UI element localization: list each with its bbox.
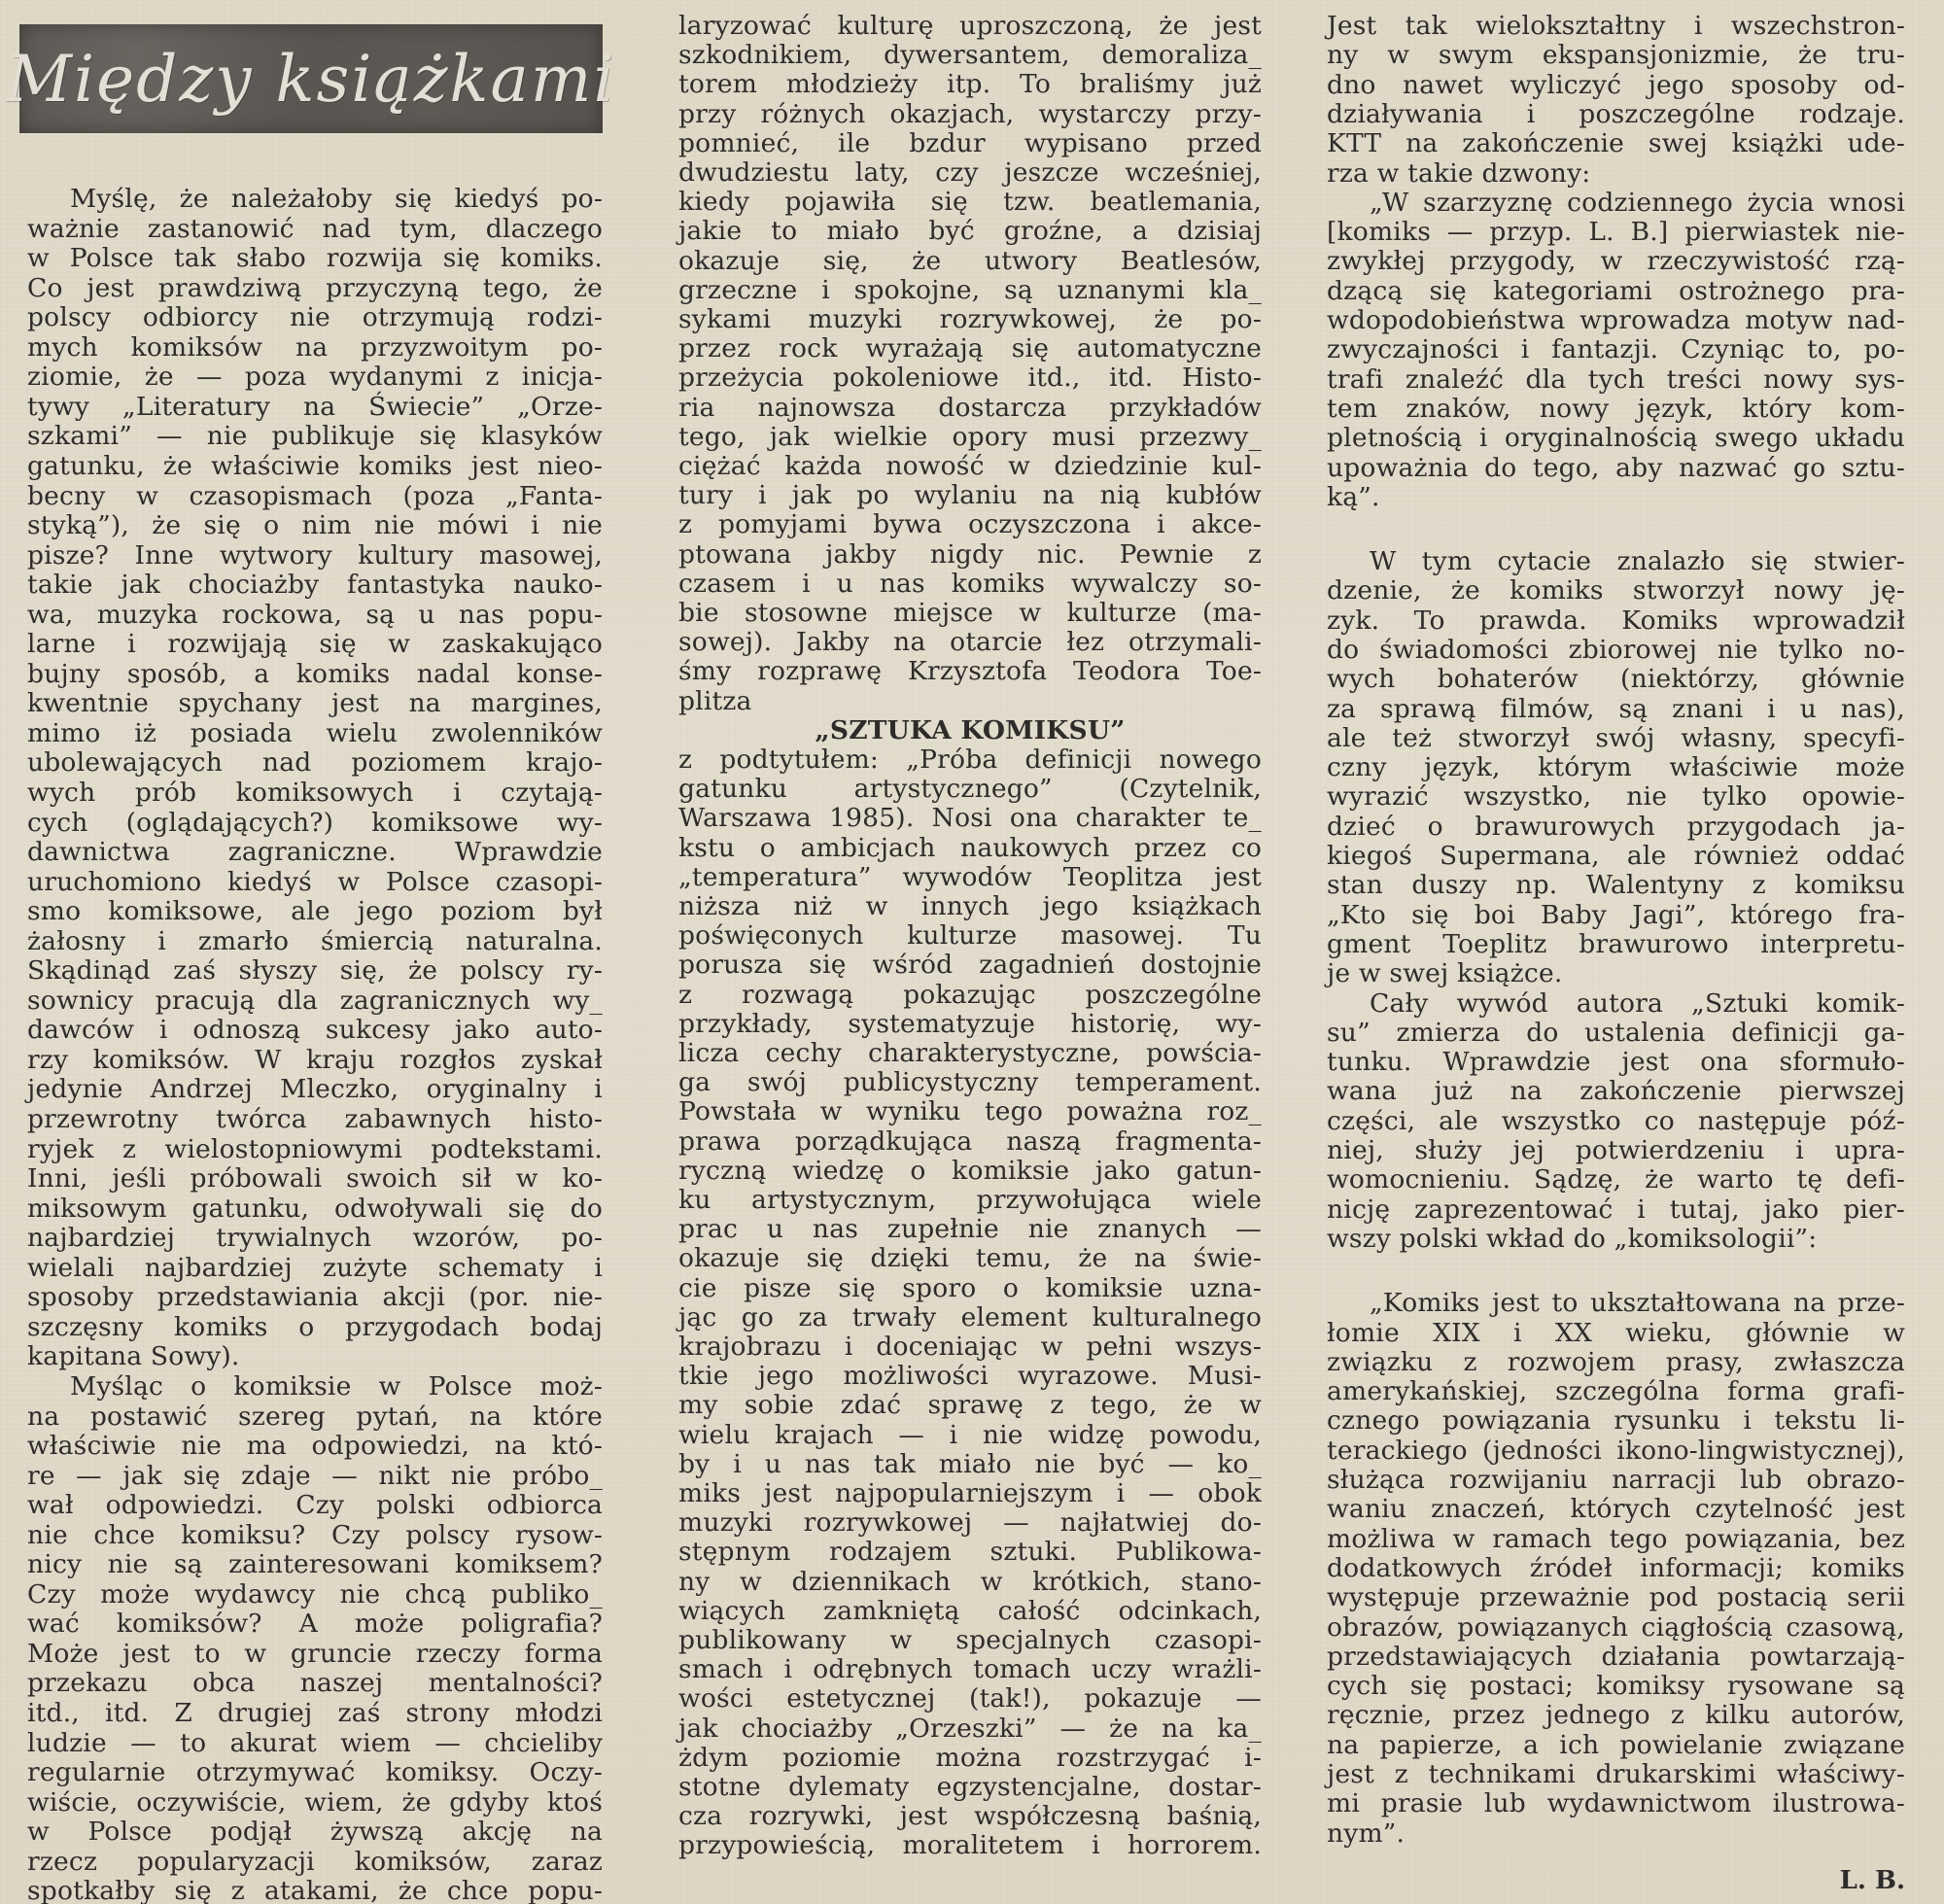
- article-text-line: rza w takie dzwony:: [1327, 159, 1905, 189]
- article-text-line: Może jest to w gruncie rzeczy forma: [27, 1640, 603, 1669]
- article-text-line: polscy odbiorcy nie otrzymują rodzi-: [27, 303, 603, 332]
- article-text-line: wiście, oczywiście, wiem, że gdyby ktoś: [27, 1788, 603, 1817]
- article-text-line: szkami” — nie publikuje się klasyków: [27, 422, 603, 451]
- article-text-line: uruchomiono kiedyś w Polsce czasopi-: [27, 868, 603, 897]
- article-text-line: Cały wywód autora „Sztuki komik-: [1327, 989, 1905, 1019]
- article-text-line: spotkałby się z atakami, że chce popu-: [27, 1877, 603, 1904]
- article-text-line: zyk. To prawda. Komiks wprowadził: [1327, 606, 1905, 636]
- article-text-line: tem znaków, nowy język, który kom-: [1327, 395, 1905, 424]
- article-text-line: sowej). Jakby na otarcie łez otrzymali-: [678, 628, 1262, 657]
- article-text-line: re — jak się zdaje — nikt nie próbo_: [27, 1462, 603, 1491]
- article-text-line: itd., itd. Z drugiej zaś strony młodzi: [27, 1699, 603, 1728]
- article-text-line: wać komiksów? A może poligrafia?: [27, 1610, 603, 1639]
- article-text-line: cych się postaci; komiksy rysowane są: [1327, 1672, 1905, 1701]
- article-text-line: Inni, jeśli próbowali swoich sił w ko-: [27, 1164, 603, 1194]
- article-text-line: wych bohaterów (niektórzy, głównie: [1327, 665, 1905, 694]
- article-text-line: nicję zaprezentować i tutaj, jako pier-: [1327, 1195, 1905, 1225]
- article-text-line: nicy nie są zainteresowani komiksem?: [27, 1550, 603, 1579]
- article-text-line: styką”), że się o nim nie mówi i nie: [27, 511, 603, 540]
- article-text-line: W tym cytacie znalazło się stwier-: [1327, 547, 1905, 576]
- article-text-line: trafi znaleźć dla tych treści nowy sys-: [1327, 365, 1905, 395]
- article-text-line: larne i rozwijają się w zaskakująco: [27, 630, 603, 659]
- article-text-line: Czy może wydawcy nie chcą publiko_: [27, 1580, 603, 1610]
- article-text-line: dno nawet wyliczyć jego sposoby od-: [1327, 71, 1905, 100]
- article-text-line: występuje przeważnie pod postacią serii: [1327, 1583, 1905, 1612]
- article-text-line: wana już na zakończenie pierwszej: [1327, 1077, 1905, 1106]
- article-text-line: ubolewających nad poziomem krajo-: [27, 748, 603, 778]
- article-text-line: stępnym rodzajem sztuki. Publikowa-: [678, 1538, 1262, 1567]
- article-text-line: wał odpowiedzi. Czy polski odbiorca: [27, 1491, 603, 1520]
- subheading-book-title: „SZTUKA KOMIKSU”: [678, 716, 1262, 745]
- article-text-line: dodatkowych źródeł informacji; komiks: [1327, 1554, 1905, 1583]
- article-text-line: miksowym gatunku, odwoływali się do: [27, 1194, 603, 1224]
- article-text-line: dawców i odnoszą sukcesy jako auto-: [27, 1016, 603, 1045]
- article-text-line: su” zmierza do ustalenia definicji ga-: [1327, 1019, 1905, 1048]
- article-text-line: becny w czasopismach (poza „Fanta-: [27, 482, 603, 511]
- article-text-line: „temperatura” wywodów Teoplitza jest: [678, 863, 1262, 892]
- article-text-line: przeżycia pokoleniowe itd., itd. Histo-: [678, 363, 1262, 393]
- article-text-line: my sobie zdać sprawę z tego, że w: [678, 1391, 1262, 1420]
- article-text-line: jest z technikami drukarskimi właściwy-: [1327, 1760, 1905, 1789]
- article-text-line: jąc go za trwały element kulturalnego: [678, 1303, 1262, 1333]
- article-text-line: dzenie, że komiks stworzył nowy ję-: [1327, 576, 1905, 606]
- article-text-line: nym”.: [1327, 1819, 1905, 1849]
- article-text-line: mi prasie lub wydawnictwom ilustrowa-: [1327, 1789, 1905, 1818]
- article-text-line: na postawić szereg pytań, na które: [27, 1402, 603, 1432]
- article-text-line: w Polsce tak słabo rozwija się komiks.: [27, 244, 603, 273]
- article-text-line: tury i jak po wylaniu na nią kubłów: [678, 481, 1262, 510]
- article-text-line: dwudziestu laty, czy jeszcze wcześniej,: [678, 158, 1262, 188]
- article-text-line: „W szarzyznę codziennego życia wnosi: [1327, 189, 1905, 218]
- article-text-line: jakie to miało być groźne, a dzisiaj: [678, 217, 1262, 246]
- article-text-line: cych (oglądających?) komiksowe wy-: [27, 809, 603, 838]
- article-text-line: niższa niż w innych jego książkach: [678, 892, 1262, 921]
- article-text-line: ręcznie, przez jednego z kilku autorów,: [1327, 1701, 1905, 1730]
- article-text-line: Jest tak wielokształtny i wszechstron-: [1327, 12, 1905, 41]
- article-text-line: wości estetycznej (tak!), pokazuje —: [678, 1684, 1262, 1714]
- article-text-line: ką”.: [1327, 483, 1905, 512]
- article-text-line: wielali najbardziej zużyte schematy i: [27, 1254, 603, 1283]
- article-text-line: Myśląc o komiksie w Polsce moż-: [27, 1372, 603, 1402]
- article-text-line: torem młodzieży itp. To braliśmy już: [678, 70, 1262, 99]
- article-text-line: sposoby przedstawiania akcji (por. nie-: [27, 1283, 603, 1312]
- article-text-line: bie stosowne miejsce w kulturze (ma-: [678, 599, 1262, 628]
- article-text-line: dzieć o brawurowych przygodach ja-: [1327, 813, 1905, 842]
- article-text-line: stan duszy np. Walentyny z komiksu: [1327, 871, 1905, 900]
- article-text-line: wdopodobieństwa wprowadza motyw nad-: [1327, 306, 1905, 335]
- article-text-line: przekazu obca naszej mentalności?: [27, 1669, 603, 1698]
- section-title: Między książkami: [6, 42, 615, 117]
- article-text-line: amerykańskiej, szczególna forma grafi-: [1327, 1377, 1905, 1406]
- article-text-line: przy różnych okazjach, wystarczy przy-: [678, 100, 1262, 129]
- article-text-line: „Komiks jest to ukształtowana na prze-: [1327, 1289, 1905, 1318]
- article-text-line: kstu o ambicjach naukowych przez co: [678, 834, 1262, 863]
- article-text-line: obrazów, powiązanych ciągłością czasową,: [1327, 1613, 1905, 1643]
- article-text-line: tkie jego możliwości wyrazowe. Musi-: [678, 1362, 1262, 1391]
- article-text-line: KTT na zakończenie swej książki ude-: [1327, 129, 1905, 158]
- article-text-line: rzy komiksów. W kraju rozgłos zyskał: [27, 1046, 603, 1075]
- article-text-line: wa, muzyka rockowa, są u nas popu-: [27, 601, 603, 630]
- article-text-line: smo komiksowe, ale jego poziom był: [27, 897, 603, 926]
- article-text-line: najbardziej trywialnych wzorów, po-: [27, 1224, 603, 1253]
- article-text-line: kiedy pojawiła się tzw. beatlemania,: [678, 188, 1262, 217]
- article-text-line: możliwa w ramach tego powiązania, bez: [1327, 1525, 1905, 1554]
- article-text-line: muzyki rozrywkowej — najłatwiej do-: [678, 1508, 1262, 1538]
- article-text-line: ryczną wiedzę o komiksie jako gatun-: [678, 1157, 1262, 1186]
- article-text-line: z podtytułem: „Próba definicji nowego: [678, 745, 1262, 775]
- article-text-line: kiegoś Supermana, ale również oddać: [1327, 842, 1905, 871]
- article-text-line: jedynie Andrzej Mleczko, oryginalny i: [27, 1075, 603, 1104]
- article-text-line: przykłady, systematyzuje historię, wy-: [678, 1010, 1262, 1039]
- article-text-line: Skądinąd zaś słyszy się, że polscy ry-: [27, 956, 603, 986]
- article-text-line: wych prób komiksowych i czytają-: [27, 779, 603, 808]
- article-text-line: na papierze, a ich powielanie związane: [1327, 1731, 1905, 1760]
- article-text-line: ny w swym ekspansjonizmie, że tru-: [1327, 41, 1905, 70]
- article-text-line: cza rozrywki, jest współczesną baśnią,: [678, 1802, 1262, 1831]
- article-text-line: terackiego (jedności ikono-lingwistyczne…: [1327, 1437, 1905, 1466]
- article-text-line: grzeczne i spokojne, są uznanymi kla_: [678, 276, 1262, 305]
- article-text-line: gatunku, że właściwie komiks jest nieo-: [27, 452, 603, 481]
- article-text-line: łomie XIX i XX wieku, głównie w: [1327, 1319, 1905, 1348]
- article-text-line: tunku. Wprawdzie jest ona sformuło-: [1327, 1048, 1905, 1077]
- article-text-line: ptowana jakby nigdy nic. Pewnie z: [678, 540, 1262, 570]
- article-text-line: przypowieścią, moralitetem i horrorem.: [678, 1831, 1262, 1860]
- article-text-line: by i u nas tak miało nie być — ko_: [678, 1450, 1262, 1479]
- article-text-line: poświęconych kulturze masowej. Tu: [678, 921, 1262, 951]
- article-text-line: nie chce komiksu? Czy polscy rysow-: [27, 1521, 603, 1550]
- article-text-line: z rozwagą pokazując poszczególne: [678, 981, 1262, 1010]
- article-text-line: okazuje się, że utwory Beatlesów,: [678, 247, 1262, 276]
- article-text-line: Myślę, że należałoby się kiedyś po-: [27, 185, 603, 214]
- article-text-line: z pomyjami bywa oczyszczona i akce-: [678, 510, 1262, 539]
- article-text-line: dzącą się kategoriami ostrożnego pra-: [1327, 277, 1905, 306]
- article-text-line: „Kto się boi Baby Jagi”, którego fra-: [1327, 901, 1905, 930]
- article-text-line: niej, służy jej potwierdzeniu i upra-: [1327, 1136, 1905, 1165]
- article-text-line: żdym poziomie można rozstrzygać i-: [678, 1744, 1262, 1773]
- article-text-line: publikowany w specjalnych czasopi-: [678, 1626, 1262, 1655]
- article-text-line: upoważnia do tego, aby nazwać go sztu-: [1327, 454, 1905, 483]
- article-text-line: za sprawą filmów, są znani i u nas),: [1327, 695, 1905, 724]
- article-text-line: związku z rozwojem prasy, zwłaszcza: [1327, 1348, 1905, 1377]
- author-signature: L. B.: [1840, 1866, 1905, 1895]
- article-text-line: sownicy pracują dla zagranicznych wy_: [27, 987, 603, 1016]
- article-text-line: części, ale wszystko co następuje póź-: [1327, 1107, 1905, 1136]
- article-text-line: stotne dylematy egzystencjalne, dostar-: [678, 1773, 1262, 1802]
- article-text-line: Warszawa 1985). Nosi ona charakter te_: [678, 804, 1262, 833]
- article-text-line: takie jak chociażby fantastyka nauko-: [27, 571, 603, 600]
- article-text-line: czasem i u nas komiks wywalczy so-: [678, 570, 1262, 599]
- article-text-line: ludzie — to akurat wiem — chcieliby: [27, 1729, 603, 1758]
- article-text-line: mimo iż posiada wielu zwolenników: [27, 719, 603, 748]
- article-text-line: ważnie zastanowić nad tym, dlaczego: [27, 215, 603, 244]
- article-text-line: śmy rozprawę Krzysztofa Teodora Toe-: [678, 657, 1262, 686]
- article-text-line: pletnością i oryginalnością swego układu: [1327, 424, 1905, 453]
- article-text-line: żałosny i zmarło śmiercią naturalna.: [27, 927, 603, 956]
- article-text-line: jak chociażby „Orzeszki” — że na ka_: [678, 1714, 1262, 1744]
- article-text-line: wielu krajach — i nie widzę powodu,: [678, 1421, 1262, 1450]
- article-text-line: ziomie, że — poza wydanymi z inicja-: [27, 363, 603, 392]
- article-text-line: zwyczajności i fantazji. Czyniąc to, po-: [1327, 335, 1905, 364]
- article-text-line: bujny sposób, a komiks nadal konse-: [27, 660, 603, 689]
- article-text-line: wszy polski wkład do „komiksologii”:: [1327, 1225, 1905, 1254]
- article-text-line: wyrazić wszystko, nie tylko opowie-: [1327, 782, 1905, 812]
- article-text-line: czny język, którym właściwie może: [1327, 753, 1905, 782]
- article-text-line: rzecz popularyzacji komiksów, zaraz: [27, 1848, 603, 1877]
- article-text-line: działywania i poszczególne rodzaje.: [1327, 100, 1905, 129]
- section-masthead: Między książkami: [19, 24, 603, 133]
- article-text-line: regularnie otrzymywać komiksy. Oczy-: [27, 1758, 603, 1787]
- article-text-line: ale też stworzył swój własny, specyfi-: [1327, 724, 1905, 753]
- article-text-line: laryzować kulturę uproszczoną, że jest: [678, 12, 1262, 41]
- article-text-line: cznego powiązania rysunku i tekstu li-: [1327, 1406, 1905, 1436]
- article-text-line: pomnieć, ile bzdur wypisano przed: [678, 129, 1262, 158]
- article-text-line: gatunku artystycznego” (Czytelnik,: [678, 775, 1262, 804]
- article-text-line: cie pisze się sporo o komiksie uzna-: [678, 1274, 1262, 1303]
- article-text-line: prawa porządkująca naszą fragmenta-: [678, 1127, 1262, 1157]
- article-text-line: krajobrazu i doceniając w pełni wszys-: [678, 1333, 1262, 1362]
- article-text-line: ciężać każda nowość w dziedzinie kul-: [678, 452, 1262, 481]
- article-text-line: szkodnikiem, dywersantem, demoraliza_: [678, 41, 1262, 70]
- article-text-line: zwykłej przygody, w rzeczywistość rzą-: [1327, 247, 1905, 276]
- article-text-line: okazuje się dzięki temu, że na świe-: [678, 1244, 1262, 1273]
- article-text-line: prac u nas zupełnie nie znanych —: [678, 1215, 1262, 1244]
- article-text-line: przez rock wyrażają się automatyczne: [678, 334, 1262, 363]
- article-text-line: waniu znaczeń, których czytelność jest: [1327, 1495, 1905, 1524]
- article-text-line: służąca rozwijaniu narracji lub obrazo-: [1327, 1466, 1905, 1495]
- article-text-line: ria najnowsza dostarcza przykładów: [678, 394, 1262, 423]
- article-text-line: miks jest najpopularniejszym i — obok: [678, 1479, 1262, 1508]
- article-text-line: ryjek z wielostopniowymi podtekstami.: [27, 1135, 603, 1164]
- article-text-line: kapitana Sowy).: [27, 1342, 603, 1371]
- article-text-line: Co jest prawdziwą przyczyną tego, że: [27, 274, 603, 303]
- article-text-line: przewrotny twórca zabawnych histo-: [27, 1105, 603, 1134]
- article-text-line: sykami muzyki rozrywkowej, że po-: [678, 305, 1262, 334]
- article-text-line: pisze? Inne wytwory kultury masowej,: [27, 541, 603, 571]
- article-text-line: plitza: [678, 687, 1262, 716]
- article-text-line: kwentnie spychany jest na margines,: [27, 689, 603, 718]
- article-text-line: porusza się wśród zagadnień dostojnie: [678, 951, 1262, 980]
- article-text-line: szczęsny komiks o przygodach bodaj: [27, 1313, 603, 1342]
- article-text-line: gment Toeplitz brawurowo interpretu-: [1327, 930, 1905, 959]
- article-text-line: [komiks — przyp. L. B.] pierwiastek nie-: [1327, 218, 1905, 247]
- article-text-line: ku artystycznym, przywołująca wiele: [678, 1186, 1262, 1215]
- article-text-line: tywy „Literatury na Świecie” „Orze-: [27, 393, 603, 422]
- article-text-line: tego, jak wielkie opory musi przezwy_: [678, 423, 1262, 452]
- article-text-line: ga swój publicystyczny temperament.: [678, 1068, 1262, 1097]
- article-text-line: ny w dziennikach w krótkich, stano-: [678, 1568, 1262, 1597]
- article-text-line: womocnieniu. Sądzę, że warto tę defi-: [1327, 1165, 1905, 1194]
- article-text-line: w Polsce podjął żywszą akcję na: [27, 1817, 603, 1847]
- article-text-line: smach i odrębnych tomach uczy wrażli-: [678, 1655, 1262, 1684]
- article-text-line: Powstała w wyniku tego poważna roz_: [678, 1097, 1262, 1126]
- article-text-line: wiących zamkniętą całość odcinkach,: [678, 1597, 1262, 1626]
- article-text-line: do świadomości zbiorowej nie tylko no-: [1327, 636, 1905, 665]
- article-text-line: mych komiksów na przyzwoitym po-: [27, 333, 603, 363]
- article-text-line: je w swej książce.: [1327, 959, 1905, 988]
- article-text-line: przedstawiających działania powtarzają-: [1327, 1643, 1905, 1672]
- article-text-line: licza cechy charakterystyczne, powścia-: [678, 1039, 1262, 1068]
- article-text-line: właściwie nie ma odpowiedzi, na któ-: [27, 1432, 603, 1461]
- article-text-line: dawnictwa zagraniczne. Wprawdzie: [27, 838, 603, 867]
